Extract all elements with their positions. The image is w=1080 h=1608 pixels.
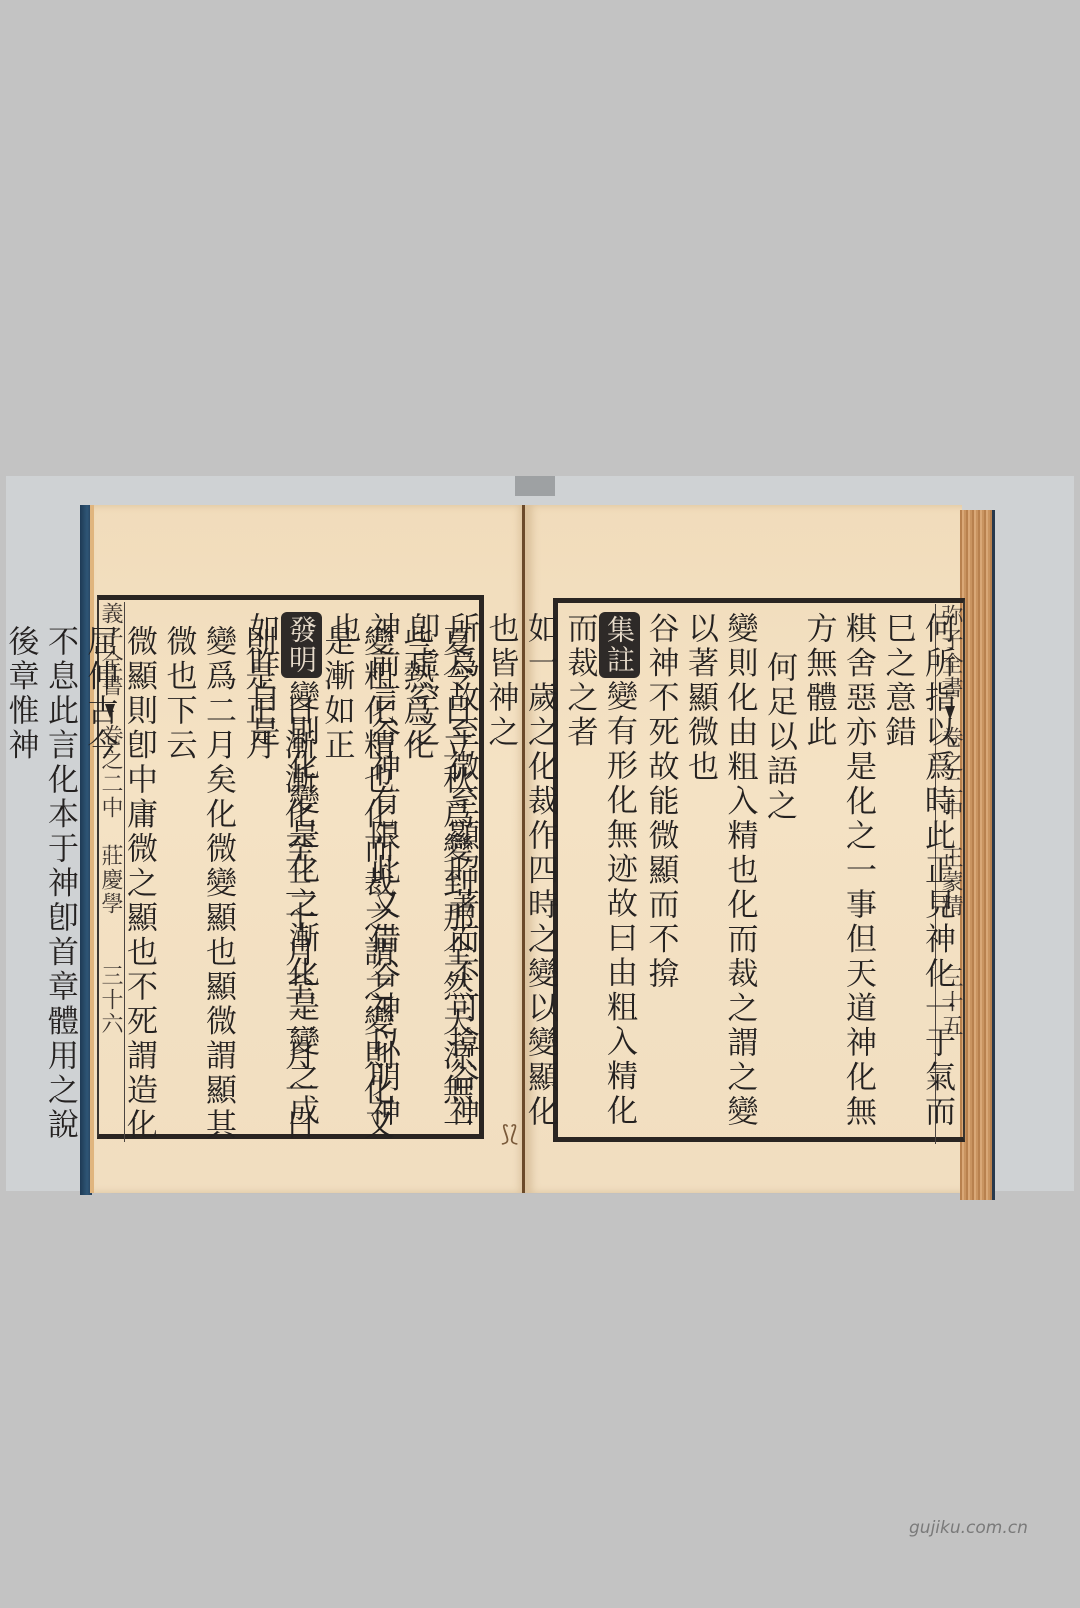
gutter-fishtail-mark: ⟆⟅: [501, 1122, 518, 1147]
text-column: 微顯則卽中庸微之顯也不死謂造化屈伸古今: [79, 625, 158, 1145]
text-column: 如一歲之化裁作四時之變以變顯化也皆神之: [480, 612, 559, 1137]
text-column: 神前言谷神有限此又借谷神以明神也: [322, 612, 401, 1137]
text-column: 不息此言化本于神卽首章體用之說後章惟神: [0, 625, 79, 1145]
text-column: 所爲故至微至顯昭著而不可揜谷神卽虛空之: [401, 612, 480, 1137]
text-column-body: 變則化變是化之漸化是變之成如昨自是: [244, 612, 320, 1129]
text-column: 粸舍惡亦是化之一事但天道神化無方無體此: [798, 612, 877, 1137]
text-column: 發明變則化變是化之漸化是變之成如昨自是: [241, 612, 322, 1137]
commentary-badge: 發明: [281, 612, 323, 678]
page-edges: [960, 510, 995, 1200]
text-column: 變則化由粗入精也化而裁之謂之變以著顯微也: [680, 612, 759, 1137]
text-column: 變爲二月矣化微變顯也顯微謂顯其微也下云: [158, 625, 237, 1145]
site-watermark: gujiku.com.cn: [909, 1518, 1028, 1538]
text-column: 集註變有形化無迹故曰由粗入精化而裁之者: [559, 612, 640, 1137]
spine-clip: [515, 476, 555, 496]
right-page-body-text: 何所指以爲時此正見神化一于氣而巳之意錯 粸舍惡亦是化之一事但天道神化無方無體此 …: [241, 612, 956, 1137]
commentary-badge: 集註: [599, 612, 641, 678]
text-column: 谷神不死故能微顯而不揜: [640, 612, 680, 1137]
text-column-body: 變有形化無迹故曰由粗入精化而裁之者: [562, 612, 638, 1129]
text-column: 何足以語之: [759, 612, 799, 1137]
text-column: 何所指以爲時此正見神化一于氣而巳之意錯: [877, 612, 956, 1137]
